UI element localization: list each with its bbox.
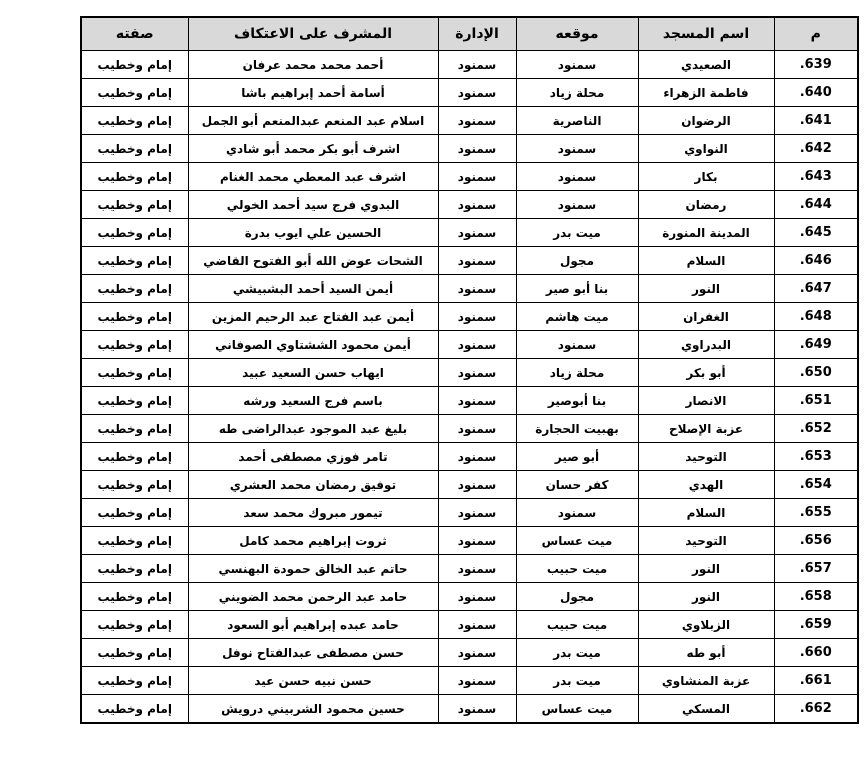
- cell-role: إمام وخطيب: [81, 499, 188, 527]
- cell-location: كفر حسان: [516, 471, 638, 499]
- table-row: .641الرضوانالناصريةسمنوداسلام عبد المنعم…: [81, 107, 858, 135]
- cell-itikaf-supervisor: ايهاب حسن السعيد عبيد: [188, 359, 438, 387]
- table-row: .640فاطمة الزهراءمحلة زيادسمنودأسامة أحم…: [81, 79, 858, 107]
- table-row: .648الغفرانميت هاشمسمنودأيمن عبد الفتاح …: [81, 303, 858, 331]
- cell-number: .639: [774, 51, 858, 79]
- cell-location: ميت عساس: [516, 695, 638, 724]
- cell-itikaf-supervisor: الشحات عوض الله أبو الفتوح القاضي: [188, 247, 438, 275]
- cell-administration: سمنود: [438, 527, 516, 555]
- cell-location: سمنود: [516, 163, 638, 191]
- table-header-row: م اسم المسجد موقعه الإدارة المشرف على ال…: [81, 17, 858, 51]
- cell-itikaf-supervisor: الحسين علي ايوب بدرة: [188, 219, 438, 247]
- col-header-role: صفته: [81, 17, 188, 51]
- cell-administration: سمنود: [438, 135, 516, 163]
- cell-administration: سمنود: [438, 107, 516, 135]
- cell-itikaf-supervisor: اشرف عبد المعطي محمد الغنام: [188, 163, 438, 191]
- cell-role: إمام وخطيب: [81, 667, 188, 695]
- cell-number: .642: [774, 135, 858, 163]
- cell-number: .649: [774, 331, 858, 359]
- table-row: .643بكارسمنودسمنوداشرف عبد المعطي محمد ا…: [81, 163, 858, 191]
- cell-mosque-name: السلام: [638, 499, 774, 527]
- cell-administration: سمنود: [438, 219, 516, 247]
- cell-mosque-name: بكار: [638, 163, 774, 191]
- cell-mosque-name: النور: [638, 275, 774, 303]
- cell-administration: سمنود: [438, 611, 516, 639]
- table-row: .645المدينة المنورةميت بدرسمنودالحسين عل…: [81, 219, 858, 247]
- cell-number: .644: [774, 191, 858, 219]
- cell-location: ميت بدر: [516, 667, 638, 695]
- cell-location: بهبيت الحجارة: [516, 415, 638, 443]
- table-row: .647النوربنا أبو صيرسمنودأيمن السيد أحمد…: [81, 275, 858, 303]
- cell-role: إمام وخطيب: [81, 471, 188, 499]
- cell-itikaf-supervisor: اشرف أبو بكر محمد أبو شادي: [188, 135, 438, 163]
- cell-number: .661: [774, 667, 858, 695]
- cell-mosque-name: الهدي: [638, 471, 774, 499]
- cell-role: إمام وخطيب: [81, 219, 188, 247]
- cell-itikaf-supervisor: باسم فرج السعيد ورشه: [188, 387, 438, 415]
- cell-role: إمام وخطيب: [81, 359, 188, 387]
- cell-itikaf-supervisor: اسلام عبد المنعم عبدالمنعم أبو الجمل: [188, 107, 438, 135]
- cell-role: إمام وخطيب: [81, 443, 188, 471]
- cell-role: إمام وخطيب: [81, 163, 188, 191]
- cell-administration: سمنود: [438, 415, 516, 443]
- table-row: .649البدراويسمنودسمنودأيمن محمود الششتاو…: [81, 331, 858, 359]
- cell-location: سمنود: [516, 499, 638, 527]
- cell-role: إمام وخطيب: [81, 387, 188, 415]
- cell-itikaf-supervisor: ثروت إبراهيم محمد كامل: [188, 527, 438, 555]
- cell-number: .640: [774, 79, 858, 107]
- cell-itikaf-supervisor: أسامة أحمد إبراهيم باشا: [188, 79, 438, 107]
- cell-itikaf-supervisor: حاتم عبد الخالق حمودة البهنسي: [188, 555, 438, 583]
- cell-itikaf-supervisor: حامد عبد الرحمن محمد الضويني: [188, 583, 438, 611]
- cell-mosque-name: المدينة المنورة: [638, 219, 774, 247]
- cell-mosque-name: النور: [638, 555, 774, 583]
- cell-number: .646: [774, 247, 858, 275]
- cell-administration: سمنود: [438, 163, 516, 191]
- cell-mosque-name: النواوي: [638, 135, 774, 163]
- cell-location: بنا أبو صير: [516, 275, 638, 303]
- cell-mosque-name: رمضان: [638, 191, 774, 219]
- cell-mosque-name: الانصار: [638, 387, 774, 415]
- col-header-location: موقعه: [516, 17, 638, 51]
- cell-role: إمام وخطيب: [81, 695, 188, 724]
- cell-number: .654: [774, 471, 858, 499]
- cell-location: الناصرية: [516, 107, 638, 135]
- table-row: .639الصعيديسمنودسمنودأحمد محمد محمد عرفا…: [81, 51, 858, 79]
- cell-itikaf-supervisor: أيمن عبد الفتاح عبد الرحيم المزين: [188, 303, 438, 331]
- cell-role: إمام وخطيب: [81, 583, 188, 611]
- cell-itikaf-supervisor: تيمور مبروك محمد سعد: [188, 499, 438, 527]
- cell-role: إمام وخطيب: [81, 611, 188, 639]
- cell-role: إمام وخطيب: [81, 247, 188, 275]
- cell-number: .652: [774, 415, 858, 443]
- cell-administration: سمنود: [438, 695, 516, 724]
- cell-location: محلة زياد: [516, 79, 638, 107]
- cell-role: إمام وخطيب: [81, 415, 188, 443]
- cell-itikaf-supervisor: بليغ عبد الموجود عبدالراضى طه: [188, 415, 438, 443]
- cell-role: إمام وخطيب: [81, 555, 188, 583]
- cell-mosque-name: الغفران: [638, 303, 774, 331]
- table-row: .652عزبة الإصلاحبهبيت الحجارةسمنودبليغ ع…: [81, 415, 858, 443]
- cell-mosque-name: الزبلاوي: [638, 611, 774, 639]
- cell-location: ميت بدر: [516, 639, 638, 667]
- table-row: .657النورميت حبيبسمنودحاتم عبد الخالق حم…: [81, 555, 858, 583]
- cell-role: إمام وخطيب: [81, 527, 188, 555]
- cell-administration: سمنود: [438, 303, 516, 331]
- cell-administration: سمنود: [438, 247, 516, 275]
- cell-mosque-name: عزبة المنشاوي: [638, 667, 774, 695]
- cell-administration: سمنود: [438, 387, 516, 415]
- cell-mosque-name: فاطمة الزهراء: [638, 79, 774, 107]
- cell-administration: سمنود: [438, 667, 516, 695]
- cell-location: سمنود: [516, 191, 638, 219]
- cell-administration: سمنود: [438, 191, 516, 219]
- cell-itikaf-supervisor: توفيق رمضان محمد العشري: [188, 471, 438, 499]
- cell-mosque-name: الصعيدي: [638, 51, 774, 79]
- table-row: .659الزبلاويميت حبيبسمنودحامد عبده إبراه…: [81, 611, 858, 639]
- cell-administration: سمنود: [438, 79, 516, 107]
- cell-location: سمنود: [516, 51, 638, 79]
- cell-location: سمنود: [516, 331, 638, 359]
- col-header-number: م: [774, 17, 858, 51]
- cell-number: .650: [774, 359, 858, 387]
- cell-administration: سمنود: [438, 555, 516, 583]
- cell-location: أبو صير: [516, 443, 638, 471]
- cell-mosque-name: الرضوان: [638, 107, 774, 135]
- cell-location: ميت هاشم: [516, 303, 638, 331]
- cell-itikaf-supervisor: حسن مصطفى عبدالفتاح نوفل: [188, 639, 438, 667]
- cell-role: إمام وخطيب: [81, 275, 188, 303]
- cell-location: ميت عساس: [516, 527, 638, 555]
- col-header-itikaf-supervisor: المشرف على الاعتكاف: [188, 17, 438, 51]
- cell-role: إمام وخطيب: [81, 79, 188, 107]
- cell-role: إمام وخطيب: [81, 639, 188, 667]
- cell-itikaf-supervisor: أحمد محمد محمد عرفان: [188, 51, 438, 79]
- table-row: .651الانصاربنا أبوصيرسمنودباسم فرج السعي…: [81, 387, 858, 415]
- cell-itikaf-supervisor: حامد عبده إبراهيم أبو السعود: [188, 611, 438, 639]
- table-row: .642النواويسمنودسمنوداشرف أبو بكر محمد أ…: [81, 135, 858, 163]
- cell-administration: سمنود: [438, 331, 516, 359]
- cell-administration: سمنود: [438, 51, 516, 79]
- cell-location: مجول: [516, 247, 638, 275]
- cell-mosque-name: النور: [638, 583, 774, 611]
- cell-number: .660: [774, 639, 858, 667]
- cell-itikaf-supervisor: البدوي فرج سيد أحمد الخولي: [188, 191, 438, 219]
- cell-administration: سمنود: [438, 275, 516, 303]
- cell-administration: سمنود: [438, 499, 516, 527]
- cell-itikaf-supervisor: تامر فوزي مصطفى أحمد: [188, 443, 438, 471]
- cell-mosque-name: التوحيد: [638, 443, 774, 471]
- cell-mosque-name: أبو بكر: [638, 359, 774, 387]
- cell-mosque-name: عزبة الإصلاح: [638, 415, 774, 443]
- cell-number: .662: [774, 695, 858, 724]
- cell-number: .653: [774, 443, 858, 471]
- cell-number: .648: [774, 303, 858, 331]
- cell-number: .645: [774, 219, 858, 247]
- cell-role: إمام وخطيب: [81, 135, 188, 163]
- cell-number: .641: [774, 107, 858, 135]
- cell-administration: سمنود: [438, 471, 516, 499]
- table-body: .639الصعيديسمنودسمنودأحمد محمد محمد عرفا…: [81, 51, 858, 724]
- cell-location: ميت حبيب: [516, 611, 638, 639]
- document-page: م اسم المسجد موقعه الإدارة المشرف على ال…: [0, 0, 864, 764]
- cell-number: .651: [774, 387, 858, 415]
- cell-location: سمنود: [516, 135, 638, 163]
- cell-number: .658: [774, 583, 858, 611]
- cell-itikaf-supervisor: أيمن السيد أحمد البشبيشي: [188, 275, 438, 303]
- table-row: .661عزبة المنشاويميت بدرسمنودحسن نبيه حس…: [81, 667, 858, 695]
- cell-mosque-name: البدراوي: [638, 331, 774, 359]
- cell-mosque-name: أبو طه: [638, 639, 774, 667]
- cell-location: ميت بدر: [516, 219, 638, 247]
- cell-administration: سمنود: [438, 443, 516, 471]
- cell-location: ميت حبيب: [516, 555, 638, 583]
- cell-administration: سمنود: [438, 359, 516, 387]
- col-header-mosque-name: اسم المسجد: [638, 17, 774, 51]
- cell-mosque-name: المسكي: [638, 695, 774, 724]
- cell-number: .657: [774, 555, 858, 583]
- cell-role: إمام وخطيب: [81, 191, 188, 219]
- table-row: .656التوحيدميت عساسسمنودثروت إبراهيم محم…: [81, 527, 858, 555]
- cell-location: محلة زياد: [516, 359, 638, 387]
- cell-mosque-name: التوحيد: [638, 527, 774, 555]
- cell-number: .656: [774, 527, 858, 555]
- cell-administration: سمنود: [438, 639, 516, 667]
- cell-role: إمام وخطيب: [81, 303, 188, 331]
- table-row: .658النورمجولسمنودحامد عبد الرحمن محمد ا…: [81, 583, 858, 611]
- table-row: .660أبو طهميت بدرسمنودحسن مصطفى عبدالفتا…: [81, 639, 858, 667]
- table-row: .662المسكيميت عساسسمنودحسين محمود الشربي…: [81, 695, 858, 724]
- cell-number: .659: [774, 611, 858, 639]
- cell-itikaf-supervisor: أيمن محمود الششتاوي الصوفاني: [188, 331, 438, 359]
- table-row: .650أبو بكرمحلة زيادسمنودايهاب حسن السعي…: [81, 359, 858, 387]
- cell-itikaf-supervisor: حسين محمود الشربيني درويش: [188, 695, 438, 724]
- cell-role: إمام وخطيب: [81, 51, 188, 79]
- cell-role: إمام وخطيب: [81, 107, 188, 135]
- cell-number: .643: [774, 163, 858, 191]
- table-row: .654الهديكفر حسانسمنودتوفيق رمضان محمد ا…: [81, 471, 858, 499]
- cell-administration: سمنود: [438, 583, 516, 611]
- cell-number: .655: [774, 499, 858, 527]
- cell-mosque-name: السلام: [638, 247, 774, 275]
- mosques-itikaf-roster-table: م اسم المسجد موقعه الإدارة المشرف على ال…: [80, 16, 859, 724]
- cell-number: .647: [774, 275, 858, 303]
- col-header-administration: الإدارة: [438, 17, 516, 51]
- cell-itikaf-supervisor: حسن نبيه حسن عيد: [188, 667, 438, 695]
- table-row: .653التوحيدأبو صيرسمنودتامر فوزي مصطفى أ…: [81, 443, 858, 471]
- table-row: .655السلامسمنودسمنودتيمور مبروك محمد سعد…: [81, 499, 858, 527]
- cell-location: مجول: [516, 583, 638, 611]
- cell-role: إمام وخطيب: [81, 331, 188, 359]
- table-row: .646السلاممجولسمنودالشحات عوض الله أبو ا…: [81, 247, 858, 275]
- cell-location: بنا أبوصير: [516, 387, 638, 415]
- table-row: .644رمضانسمنودسمنودالبدوي فرج سيد أحمد ا…: [81, 191, 858, 219]
